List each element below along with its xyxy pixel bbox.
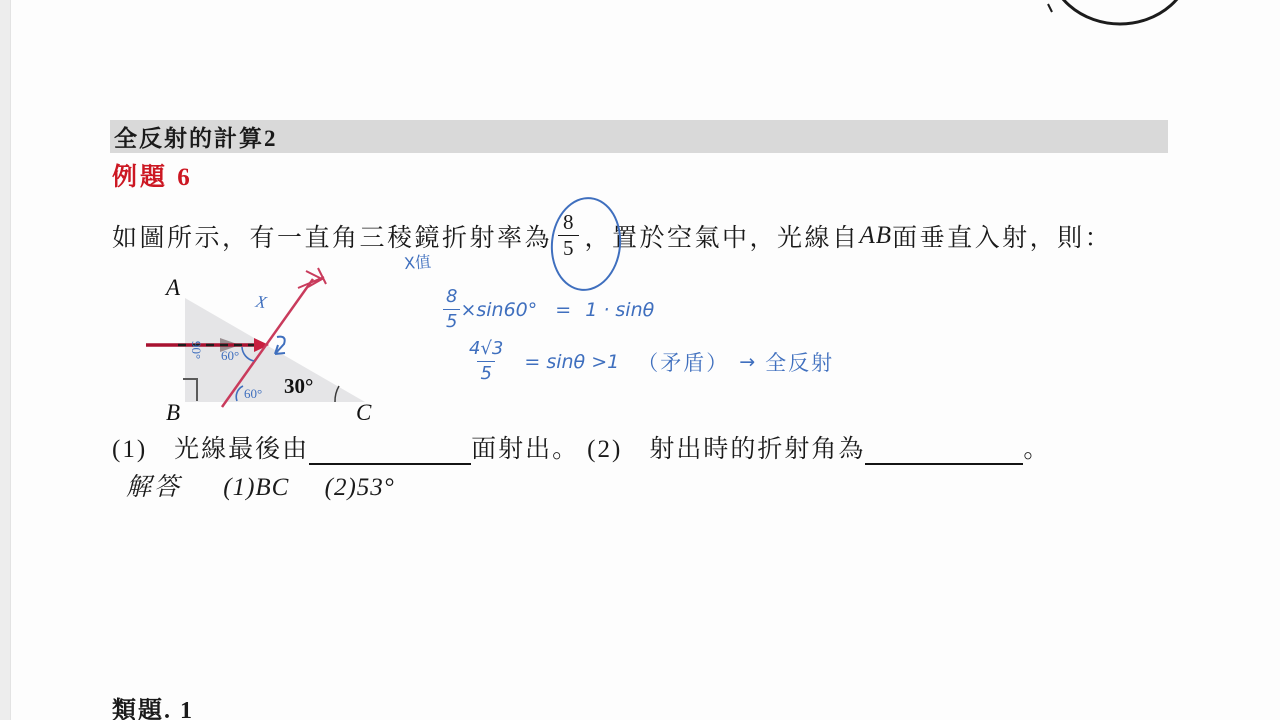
eq1-lhs: ×sin60° [460, 299, 537, 321]
problem-text-before: 如圖所示，有一直角三稜鏡折射率為 [112, 218, 552, 254]
surface-name-ab: AB [860, 222, 893, 250]
eq1-rhs: 1 · sinθ [585, 299, 654, 321]
document-page: 全反射的計算2 例題 6 如圖所示，有一直角三稜鏡折射率為 8 5 ，置於空氣中… [0, 0, 1280, 720]
vertex-c-label: C [356, 400, 372, 425]
question2-suffix: 。 [1023, 436, 1050, 463]
top-right-circle-arc [1030, 0, 1210, 42]
answer-line: 解答 (1)BC (2)53° [126, 467, 395, 503]
eq2-paren-note: （矛盾） [637, 347, 729, 377]
eq1-equals: = [555, 299, 571, 321]
pen-ellipse-highlight [546, 194, 625, 295]
pen-normal-arrow-scribble [298, 268, 326, 288]
eq2-fraction: 4√3 5 [466, 340, 506, 383]
eq2-frac-den: 5 [477, 361, 494, 383]
question1-suffix: 面射出。 [471, 436, 579, 463]
pen-angle-lower-label: 60° [244, 386, 262, 401]
pen-equation-1: 8 5 ×sin60° = 1 · sinθ [443, 288, 654, 331]
answer-part2: (2)53° [325, 474, 395, 501]
eq2-arrow: → [739, 351, 755, 373]
eq2-mid: = sinθ >1 [524, 351, 619, 373]
answer-label: 解答 [126, 474, 182, 501]
vertex-a-label: A [164, 275, 181, 300]
pen-angle-side-label: 90° [189, 341, 204, 359]
question2-prefix: (2) 射出時的折射角為 [587, 436, 865, 463]
section-header-bar: 全反射的計算2 [110, 120, 1168, 153]
problem-text-after: 面垂直入射，則： [892, 218, 1112, 254]
problem-text-middle: ，置於空氣中，光線自 [585, 218, 860, 254]
pen-angle-upper-label: 60° [221, 348, 239, 363]
pen-refraction-mark [275, 337, 285, 354]
circle-arc-tick [1048, 4, 1052, 12]
eq1-frac-den: 5 [443, 309, 460, 331]
eq1-fraction: 8 5 [443, 288, 460, 331]
section-title: 全反射的計算2 [110, 120, 278, 153]
circle-arc-shape [1048, 0, 1192, 24]
example-label: 例題 6 [112, 157, 193, 193]
pen-equation-2: 4√3 5 = sinθ >1 （矛盾） → 全反射 [466, 340, 834, 383]
eq2-result: 全反射 [765, 347, 834, 377]
question2-blank [865, 437, 1023, 465]
question-line: (1) 光線最後由面射出。(2) 射出時的折射角為。 [112, 429, 1050, 465]
page-left-margin-strip [0, 0, 11, 720]
prism-diagram: X 60° 90° 60° A B C 30° [130, 255, 420, 430]
related-problem-label: 類題. 1 [112, 690, 194, 720]
answer-part1: (1)BC [223, 474, 289, 501]
problem-sentence: 如圖所示，有一直角三稜鏡折射率為 8 5 ，置於空氣中，光線自 AB 面垂直入射… [112, 212, 1212, 259]
vertex-b-label: B [166, 400, 180, 425]
angle-c-label: 30° [284, 374, 313, 398]
question1-blank [309, 437, 471, 465]
eq2-frac-num: 4√3 [466, 340, 506, 361]
eq1-frac-num: 8 [443, 288, 460, 309]
question1-prefix: (1) 光線最後由 [112, 436, 309, 463]
pen-x-label: X [253, 292, 268, 313]
